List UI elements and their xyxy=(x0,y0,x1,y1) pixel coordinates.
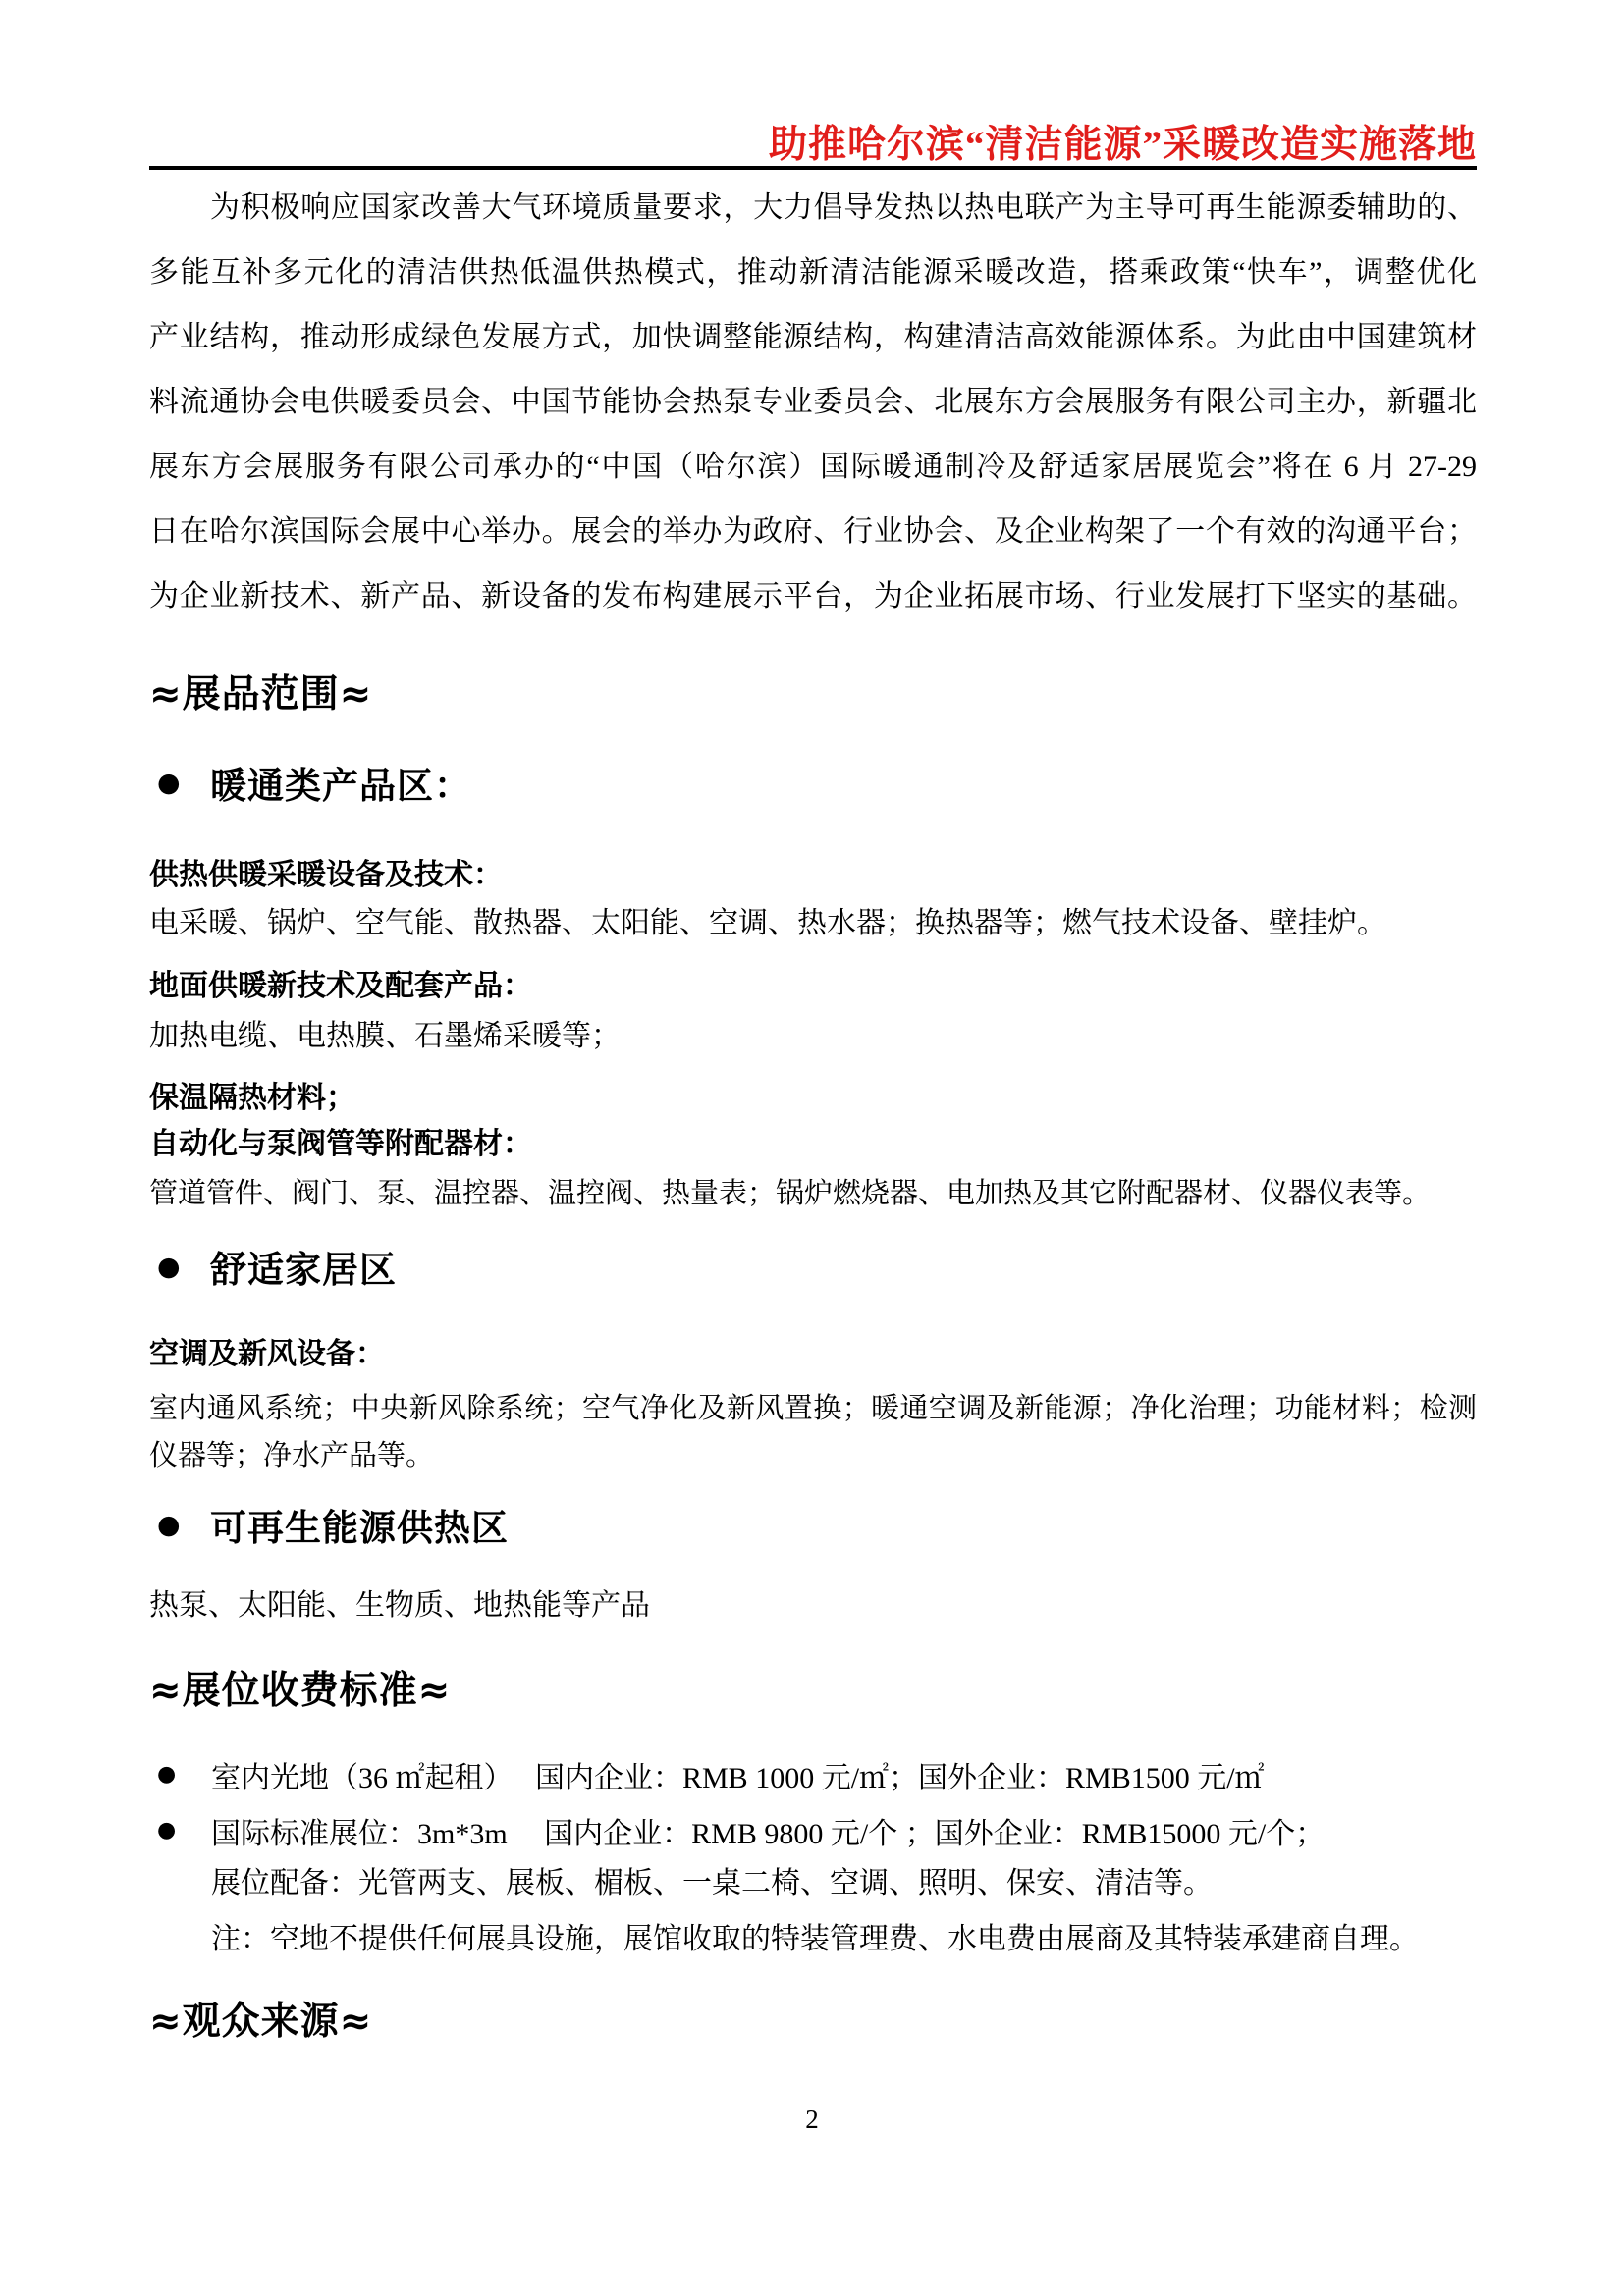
subhead: 空调及新风设备： xyxy=(149,1329,385,1372)
section-heading-audience: ≈观众来源≈ xyxy=(149,1991,372,2046)
body-line: 热泵、太阳能、生物质、地热能等产品 xyxy=(149,1586,650,1626)
intro-line: 为企业新技术、新产品、新设备的发布构建展示平台，为企业拓展市场、行业发展打下坚实… xyxy=(149,577,1477,616)
intro-line: 产业结构，推动形成绿色发展方式，加快调整能源结构，构建清洁高效能源体系。为此由中… xyxy=(149,318,1477,357)
bullet-icon: ● xyxy=(149,1512,210,1538)
body-line: 仪器等；净水产品等。 xyxy=(149,1432,1477,1479)
header-divider xyxy=(149,166,1477,170)
price-note: 注：空地不提供任何展具设施，展馆收取的特装管理费、水电费由展商及其特装承建商自理… xyxy=(211,1920,1419,1959)
price-item: ● 室内光地（36 ㎡起租） 国内企业：RMB 1000 元/㎡；国外企业：RM… xyxy=(149,1753,1477,1796)
zone-heading-hvac: ● 暖通类产品区： xyxy=(149,756,1477,809)
section-heading-pricing: ≈展位收费标准≈ xyxy=(149,1660,451,1715)
bullet-icon: ● xyxy=(149,1820,211,1842)
bullet-icon: ● xyxy=(149,770,210,796)
price-note: 展位配备：光管两支、展板、楣板、一桌二椅、空调、照明、保安、清洁等。 xyxy=(211,1864,1213,1903)
zone-heading-renewable: ● 可再生能源供热区 xyxy=(149,1498,1477,1551)
page-number: 2 xyxy=(0,2105,1624,2135)
intro-line: 为积极响应国家改善大气环境质量要求，大力倡导发热以热电联产为主导可再生能源委辅助… xyxy=(149,188,1477,228)
zone-title: 暖通类产品区： xyxy=(210,756,471,809)
intro-line: 多能互补多元化的清洁供热低温供热模式，推动新清洁能源采暖改造，搭乘政策“快车”，… xyxy=(149,253,1477,293)
zone-title: 可再生能源供热区 xyxy=(210,1498,509,1551)
bullet-icon: ● xyxy=(149,1764,211,1786)
body-line: 电采暖、锅炉、空气能、散热器、太阳能、空调、热水器；换热器等；燃气技术设备、壁挂… xyxy=(149,904,1386,943)
subhead: 保温隔热材料； xyxy=(149,1073,355,1116)
intro-line: 展东方会展服务有限公司承办的“中国（哈尔滨）国际暖通制冷及舒适家居展览会”将在 … xyxy=(149,448,1477,487)
bullet-icon: ● xyxy=(149,1254,210,1280)
zone-heading-home: ● 舒适家居区 xyxy=(149,1240,1477,1293)
zone-title: 舒适家居区 xyxy=(210,1240,397,1293)
price-item: ● 国际标准展位：3m*3m 国内企业：RMB 9800 元/个 ；国外企业：R… xyxy=(149,1809,1477,1852)
body-line: 管道管件、阀门、泵、温控器、温控阀、热量表；锅炉燃烧器、电加热及其它附配器材、仪… xyxy=(149,1174,1431,1213)
price-text: 国际标准展位：3m*3m 国内企业：RMB 9800 元/个 ；国外企业：RMB… xyxy=(211,1809,1325,1852)
body-line: 加热电缆、电热膜、石墨烯采暖等； xyxy=(149,1017,621,1056)
subhead: 自动化与泵阀管等附配器材： xyxy=(149,1119,532,1162)
section-heading-scope: ≈展品范围≈ xyxy=(149,664,372,719)
intro-line: 日在哈尔滨国际会展中心举办。展会的举办为政府、行业协会、及企业构架了一个有效的沟… xyxy=(149,512,1477,552)
price-text: 室内光地（36 ㎡起租） 国内企业：RMB 1000 元/㎡；国外企业：RMB1… xyxy=(211,1753,1265,1796)
document-page: 助推哈尔滨“清洁能源”采暖改造实施落地 为积极响应国家改善大气环境质量要求，大力… xyxy=(0,0,1624,2296)
subhead: 供热供暖采暖设备及技术： xyxy=(149,850,503,893)
subhead: 地面供暖新技术及配套产品： xyxy=(149,961,532,1004)
zone-body-paragraph: 室内通风系统；中央新风除系统；空气净化及新风置换；暖通空调及新能源；净化治理；功… xyxy=(149,1385,1477,1479)
page-title: 助推哈尔滨“清洁能源”采暖改造实施落地 xyxy=(149,114,1477,169)
body-line: 室内通风系统；中央新风除系统；空气净化及新风置换；暖通空调及新能源；净化治理；功… xyxy=(149,1385,1477,1432)
intro-line: 料流通协会电供暖委员会、中国节能协会热泵专业委员会、北展东方会展服务有限公司主办… xyxy=(149,383,1477,422)
